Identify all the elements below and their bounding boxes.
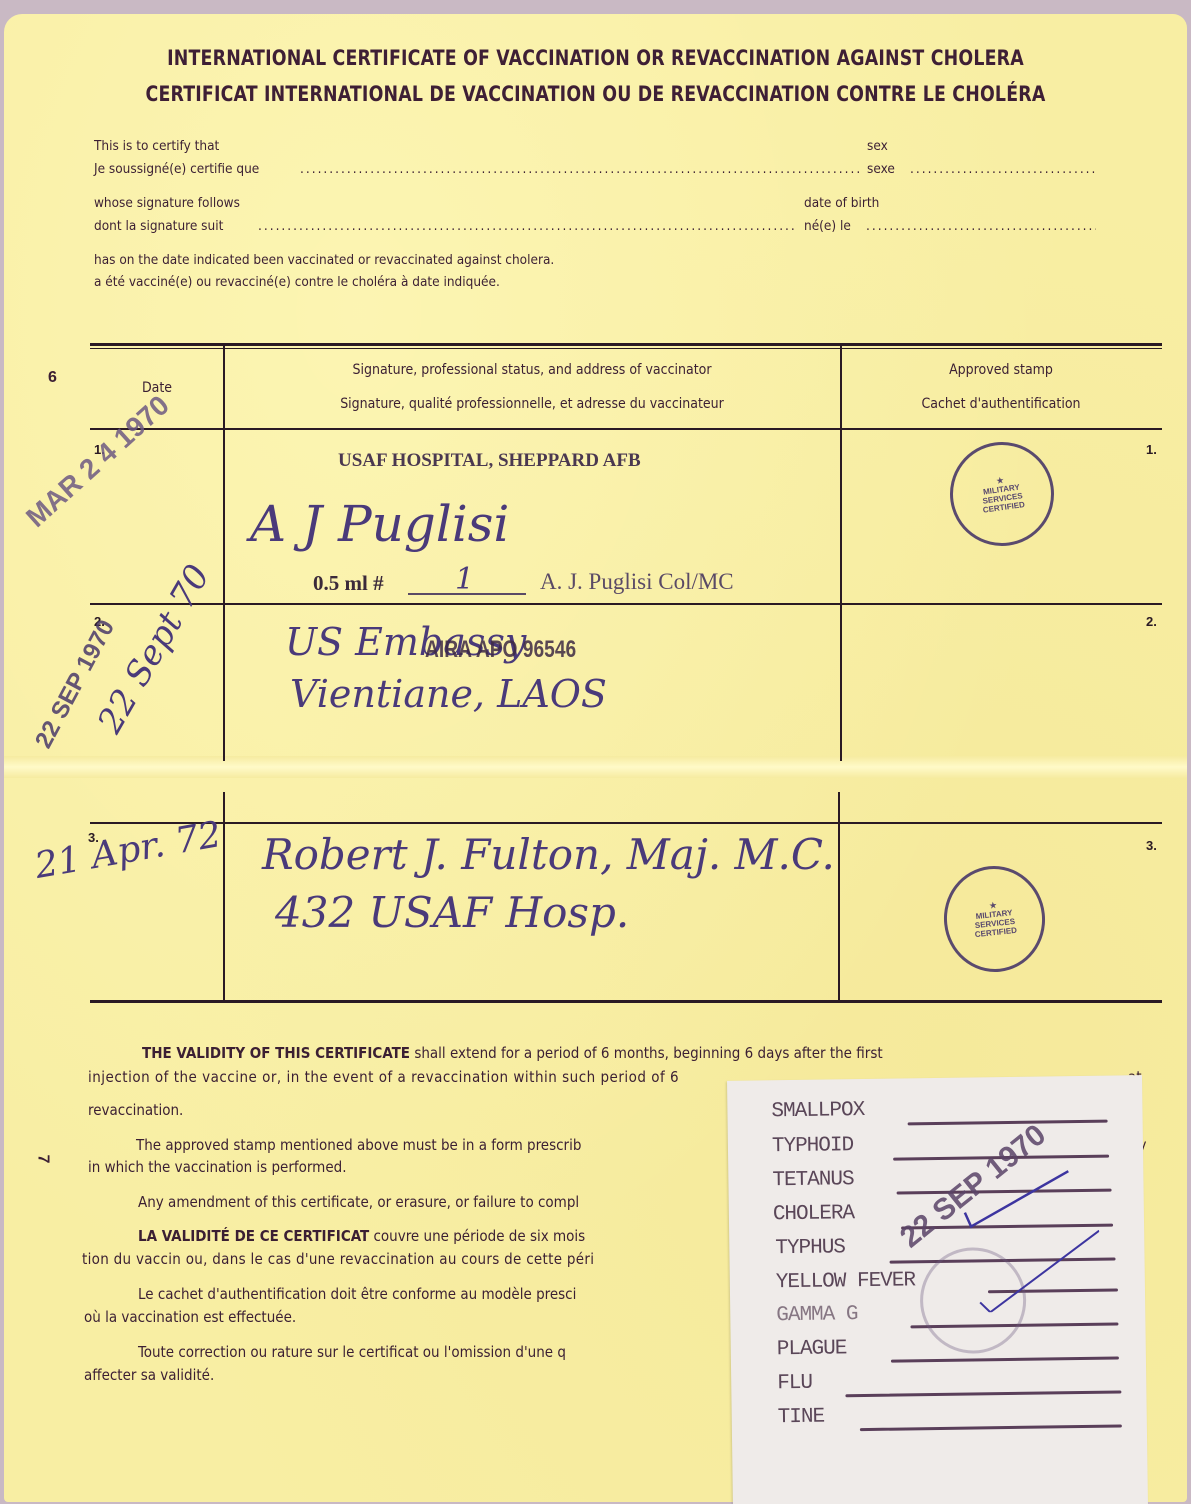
card-item-tine: TINE xyxy=(778,1406,825,1430)
sex-label-en: sex xyxy=(867,138,888,154)
validity-p4-line1: LA VALIDITÉ DE CE CERTIFICAT couvre une … xyxy=(138,1225,585,1247)
validity-p6-line1: Toute correction ou rature sur le certif… xyxy=(138,1341,566,1363)
validity-p1-line3: revaccination. xyxy=(88,1099,183,1121)
page-fold xyxy=(4,756,1187,778)
dob-label-en: date of birth xyxy=(804,195,879,211)
attached-immunization-card: SMALLPOX TYPHOID TETANUS CHOLERA TYPHUS … xyxy=(727,1075,1148,1504)
certify-label-fr: Je soussigné(e) certifie que xyxy=(94,161,259,177)
row-1-dose-value: 1 xyxy=(455,562,474,597)
dob-field[interactable]: ........................................… xyxy=(866,218,1096,234)
validity-p1-line1: THE VALIDITY OF THIS CERTIFICATE shall e… xyxy=(142,1042,883,1064)
card-item-plague: PLAGUE xyxy=(777,1337,847,1361)
row-2-number-right: 2. xyxy=(1146,614,1157,629)
row-1-typed-name: A. J. Puglisi Col/MC xyxy=(540,569,734,595)
card-item-yellow-fever: YELLOW FEVER xyxy=(776,1269,916,1294)
sex-label-fr: sexe xyxy=(867,161,895,177)
table-top-rule xyxy=(90,343,1162,346)
validity-p5-line2: où la vaccination est effectuée. xyxy=(84,1306,296,1328)
validity-p6-line2: affecter sa validité. xyxy=(84,1364,214,1386)
sex-field[interactable]: ........................................… xyxy=(910,161,1095,177)
validity-heading-fr: LA VALIDITÉ DE CE CERTIFICAT xyxy=(138,1227,369,1245)
title-french: CERTIFICAT INTERNATIONAL DE VACCINATION … xyxy=(48,82,1144,106)
name-field[interactable]: ........................................… xyxy=(300,161,860,177)
row-2-apo-stamp: AIRA APO 96546 xyxy=(425,636,576,664)
seal-eagle-icon: ★MILITARYSERVICESCERTIFIED xyxy=(972,899,1018,939)
header-stamp-fr: Cachet d'authentification xyxy=(843,396,1159,412)
column-divider-1b xyxy=(223,792,225,1002)
card-item-cholera: CHOLERA xyxy=(773,1202,855,1226)
validity-p2-line2: in which the vaccination is performed. xyxy=(88,1156,347,1178)
column-divider-1a xyxy=(223,346,225,761)
column-divider-2a xyxy=(840,346,842,761)
row-1-hospital-stamp: USAF HOSPITAL, SHEPPARD AFB xyxy=(338,450,641,472)
card-item-typhus: TYPHUS xyxy=(775,1236,845,1260)
card-line xyxy=(908,1120,1108,1126)
card-item-smallpox: SMALLPOX xyxy=(771,1099,864,1123)
table-top-rule-thin xyxy=(90,348,1162,349)
table-bottom-rule xyxy=(90,1000,1162,1003)
signature-label-en: whose signature follows xyxy=(94,195,240,211)
validity-p5-line1: Le cachet d'authentification doit être c… xyxy=(138,1283,576,1305)
row-3-signature: Robert J. Fulton, Maj. M.C. xyxy=(262,830,835,879)
page-number-bottom: 7 xyxy=(33,1155,51,1164)
row-3-number-right: 3. xyxy=(1146,838,1157,853)
row-1-number-right: 1. xyxy=(1146,442,1157,457)
card-line xyxy=(891,1356,1119,1362)
header-vaccinator-fr: Signature, qualité professionnelle, et a… xyxy=(226,396,838,412)
certify-label-en: This is to certify that xyxy=(94,138,219,154)
header-vaccinator-en: Signature, professional status, and addr… xyxy=(226,362,838,378)
validity-p2-line1: The approved stamp mentioned above must … xyxy=(136,1134,581,1156)
validity-p4-line2: tion du vaccin ou, dans le cas d'une rev… xyxy=(82,1248,594,1270)
header-stamp-en: Approved stamp xyxy=(843,362,1159,378)
card-line xyxy=(845,1390,1121,1397)
row-1-signature: A J Puglisi xyxy=(250,495,509,553)
table-header-rule xyxy=(90,428,1162,430)
row-1-rule xyxy=(90,603,1162,605)
card-line xyxy=(860,1424,1122,1431)
dob-label-fr: né(e) le xyxy=(804,218,851,234)
validity-p4-text: couvre une période de six mois xyxy=(369,1227,585,1245)
page-number-top: 9 xyxy=(48,366,57,384)
row-1-dose-label: 0.5 ml # xyxy=(313,571,384,596)
vaccinated-statement-fr: a été vacciné(e) ou revacciné(e) contre … xyxy=(94,274,500,290)
card-item-typhoid: TYPHOID xyxy=(772,1134,854,1158)
validity-p1-line2: injection of the vaccine or, in the even… xyxy=(88,1066,679,1088)
column-divider-2b xyxy=(838,792,840,1002)
title-english: INTERNATIONAL CERTIFICATE OF VACCINATION… xyxy=(48,46,1144,70)
validity-p1-text: shall extend for a period of 6 months, b… xyxy=(410,1044,883,1062)
row-2-rule xyxy=(90,822,1162,824)
validity-p3-line1: Any amendment of this certificate, or er… xyxy=(138,1191,579,1213)
row-3-hospital: 432 USAF Hosp. xyxy=(275,888,629,937)
seal-eagle-icon: ★MILITARYSERVICESCERTIFIED xyxy=(979,473,1026,515)
checkmark-icon xyxy=(958,1161,1100,1313)
validity-heading-en: THE VALIDITY OF THIS CERTIFICATE xyxy=(142,1044,410,1062)
signature-field[interactable]: ........................................… xyxy=(258,218,798,234)
row-2-vaccinator-line-2: Vientiane, LAOS xyxy=(290,672,607,716)
card-item-tetanus: TETANUS xyxy=(772,1168,854,1192)
vaccinated-statement-en: has on the date indicated been vaccinate… xyxy=(94,252,554,268)
signature-label-fr: dont la signature suit xyxy=(94,218,223,234)
card-item-flu: FLU xyxy=(777,1372,812,1395)
card-item-gamma-g: GAMMA G xyxy=(776,1303,858,1327)
